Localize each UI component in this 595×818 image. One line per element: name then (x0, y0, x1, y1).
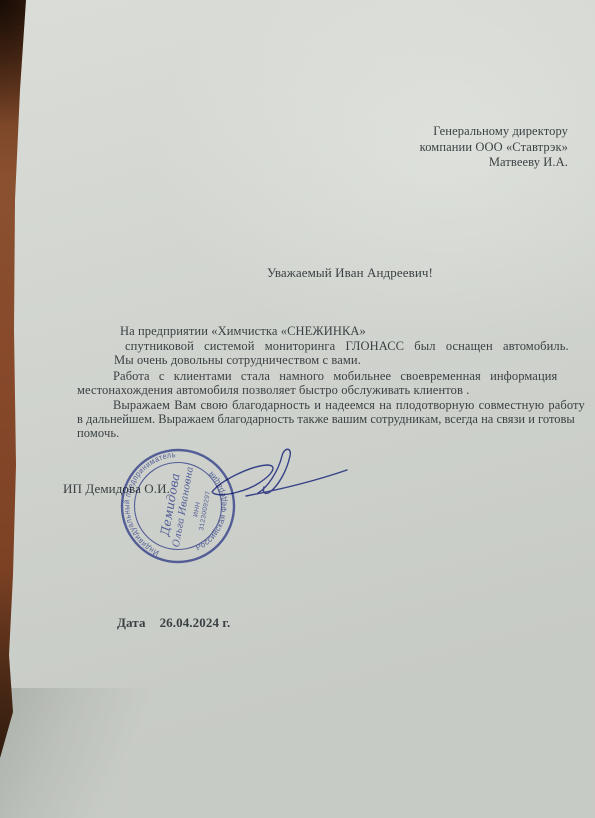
body-line: Выражаем Вам свою благодарность и надеем… (113, 398, 585, 413)
recipient-line-2: компании ООО «Ставтрэк» (420, 140, 568, 156)
signature-upstroke (258, 449, 290, 493)
signature-tail-stroke (246, 470, 347, 496)
date-value: 26.04.2024 г. (160, 615, 231, 630)
signature (203, 436, 353, 506)
recipient-block: Генеральному директору компании ООО «Ста… (420, 124, 568, 171)
body-line: На предприятии «Химчистка «СНЕЖИНКА» (120, 324, 366, 339)
body-line: спутниковой системой мониторинга ГЛОНАСС… (125, 339, 569, 354)
body-line: Мы очень довольны сотрудничеством с вами… (114, 353, 361, 368)
recipient-line-3: Матвееву И.А. (420, 155, 568, 171)
photo-of-letter: Генеральному директору компании ООО «Ста… (0, 0, 595, 818)
salutation: Уважаемый Иван Андреевич! (267, 265, 433, 281)
recipient-line-1: Генеральному директору (420, 124, 568, 140)
letter-paper: Генеральному директору компании ООО «Ста… (0, 0, 595, 818)
date-line: Дата26.04.2024 г. (117, 615, 230, 631)
body-line: местонахождения автомобиля позволяет быс… (77, 383, 469, 398)
body-line: Работа с клиентами стала намного мобильн… (113, 369, 557, 384)
paper-fold-shadow (0, 688, 230, 818)
date-label: Дата (117, 615, 146, 630)
